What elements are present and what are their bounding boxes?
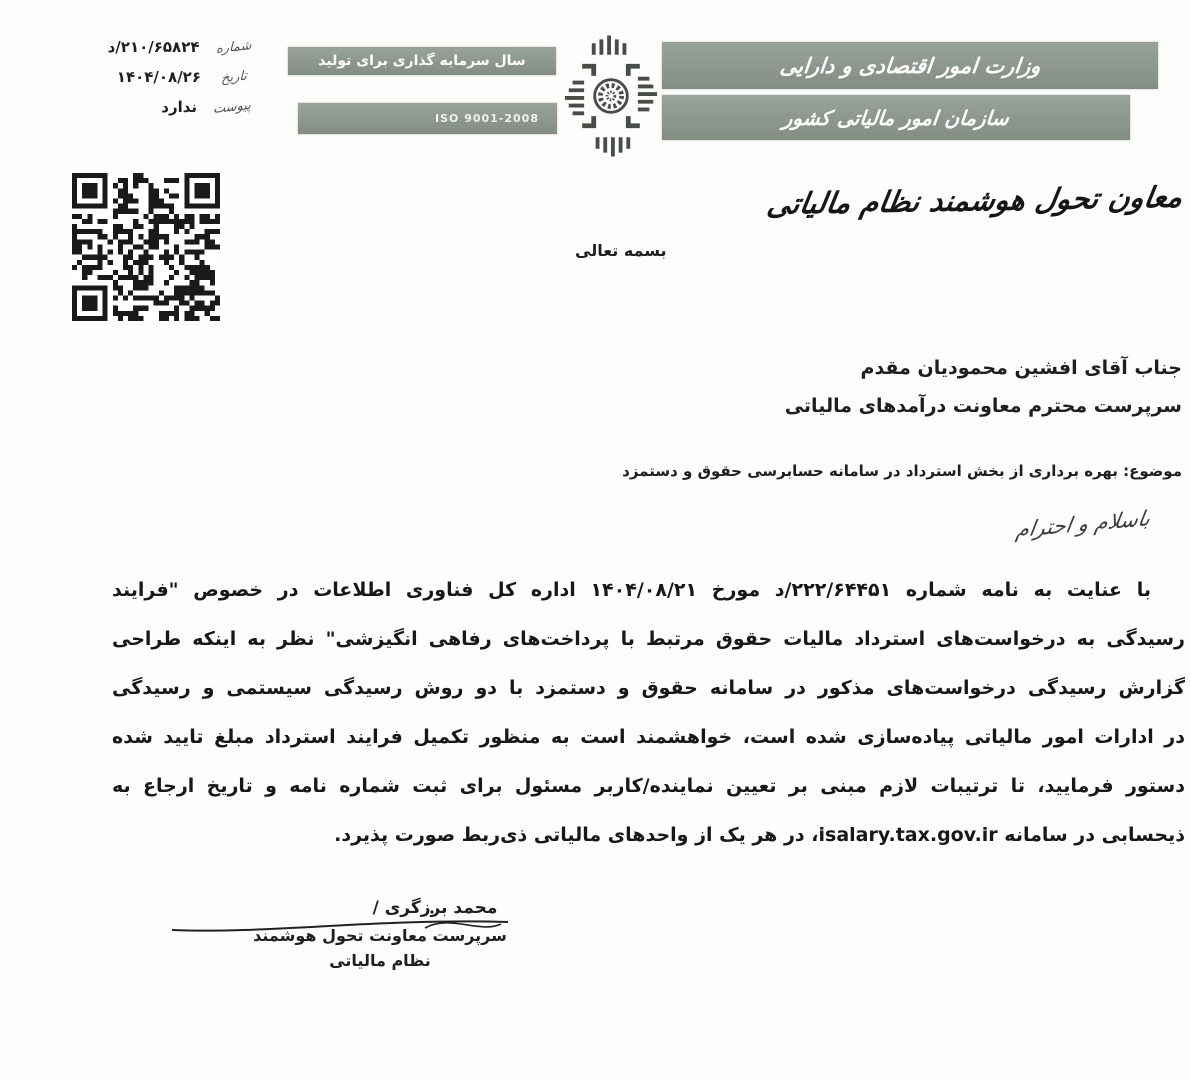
ministry-banner-text: وزارت امور اقتصادی و دارایی xyxy=(778,54,1041,78)
date-value: ۱۴۰۴/۰۸/۲۶ xyxy=(117,68,201,86)
bismillah: بسمه تعالی xyxy=(575,241,667,260)
body-line: گزارش رسیدگی درخواست‌های مذکور در سامانه… xyxy=(112,664,1185,713)
attachment-value: ندارد xyxy=(161,98,197,116)
iso-banner-text: ISO 9001-2008 xyxy=(435,112,539,125)
signature-block: محمد برزگری / سرپرست معاونت تحول هوشمند … xyxy=(240,898,520,970)
handwritten-salutation: باسلام و احترام xyxy=(1014,506,1152,542)
signer-name: محمد برزگری / xyxy=(295,898,575,918)
ministry-banner: وزارت امور اقتصادی و دارایی xyxy=(662,42,1158,89)
signer-title-line2: نظام مالیاتی xyxy=(240,951,520,970)
qr-code-icon xyxy=(68,173,224,321)
iso-banner: ISO 9001-2008 xyxy=(298,103,557,134)
scanned-letter-page: شماره ۲۱۰/۶۵۸۲۴/د تاریخ ۱۴۰۴/۰۸/۲۶ پیوست… xyxy=(0,0,1190,1080)
slogan-banner-text: سال سرمایه گذاری برای تولید xyxy=(318,53,525,69)
recipient-name: جناب آقای افشین محمودیان مقدم xyxy=(785,357,1182,379)
date-label: تاریخ xyxy=(217,68,251,87)
number-label: شماره xyxy=(215,38,251,57)
body-line: دستور فرمایید، تا ترتیبات لازم مبنی بر ت… xyxy=(112,762,1185,811)
tax-organization-emblem-icon xyxy=(563,33,659,159)
attachment-label: پیوست xyxy=(213,97,251,116)
body-line: رسیدگی به درخواست‌های استرداد مالیات حقو… xyxy=(112,615,1185,664)
recipient-block: جناب آقای افشین محمودیان مقدم سرپرست محت… xyxy=(785,357,1182,417)
body-line: با عنایت به نامه شماره ۲۲۲/۶۴۴۵۱/د مورخ … xyxy=(112,566,1185,615)
slogan-banner: سال سرمایه گذاری برای تولید xyxy=(288,47,556,75)
organization-banner: سازمان امور مالیاتی کشور xyxy=(662,95,1130,140)
number-value: ۲۱۰/۶۵۸۲۴/د xyxy=(108,38,200,56)
metadata-row-date: تاریخ ۱۴۰۴/۰۸/۲۶ xyxy=(36,68,251,86)
subject-line: موضوع: بهره برداری از بخش استرداد در سام… xyxy=(622,462,1182,480)
organization-banner-text: سازمان امور مالیاتی کشور xyxy=(782,106,1010,130)
deputy-title: معاون تحول هوشمند نظام مالیاتی xyxy=(809,180,1185,220)
body-line: در ادارات امور مالیاتی پیاده‌سازی شده اس… xyxy=(112,713,1185,762)
recipient-title: سرپرست محترم معاونت درآمدهای مالیاتی xyxy=(785,395,1182,417)
metadata-row-number: شماره ۲۱۰/۶۵۸۲۴/د xyxy=(36,38,251,56)
letter-metadata: شماره ۲۱۰/۶۵۸۲۴/د تاریخ ۱۴۰۴/۰۸/۲۶ پیوست… xyxy=(36,38,251,128)
metadata-row-attachment: پیوست ندارد xyxy=(36,98,251,116)
body-line: ذیحسابی در سامانه isalary.tax.gov.ir، در… xyxy=(112,811,1185,860)
letter-body: با عنایت به نامه شماره ۲۲۲/۶۴۴۵۱/د مورخ … xyxy=(112,566,1185,860)
signer-title-line1: سرپرست معاونت تحول هوشمند xyxy=(240,926,520,945)
